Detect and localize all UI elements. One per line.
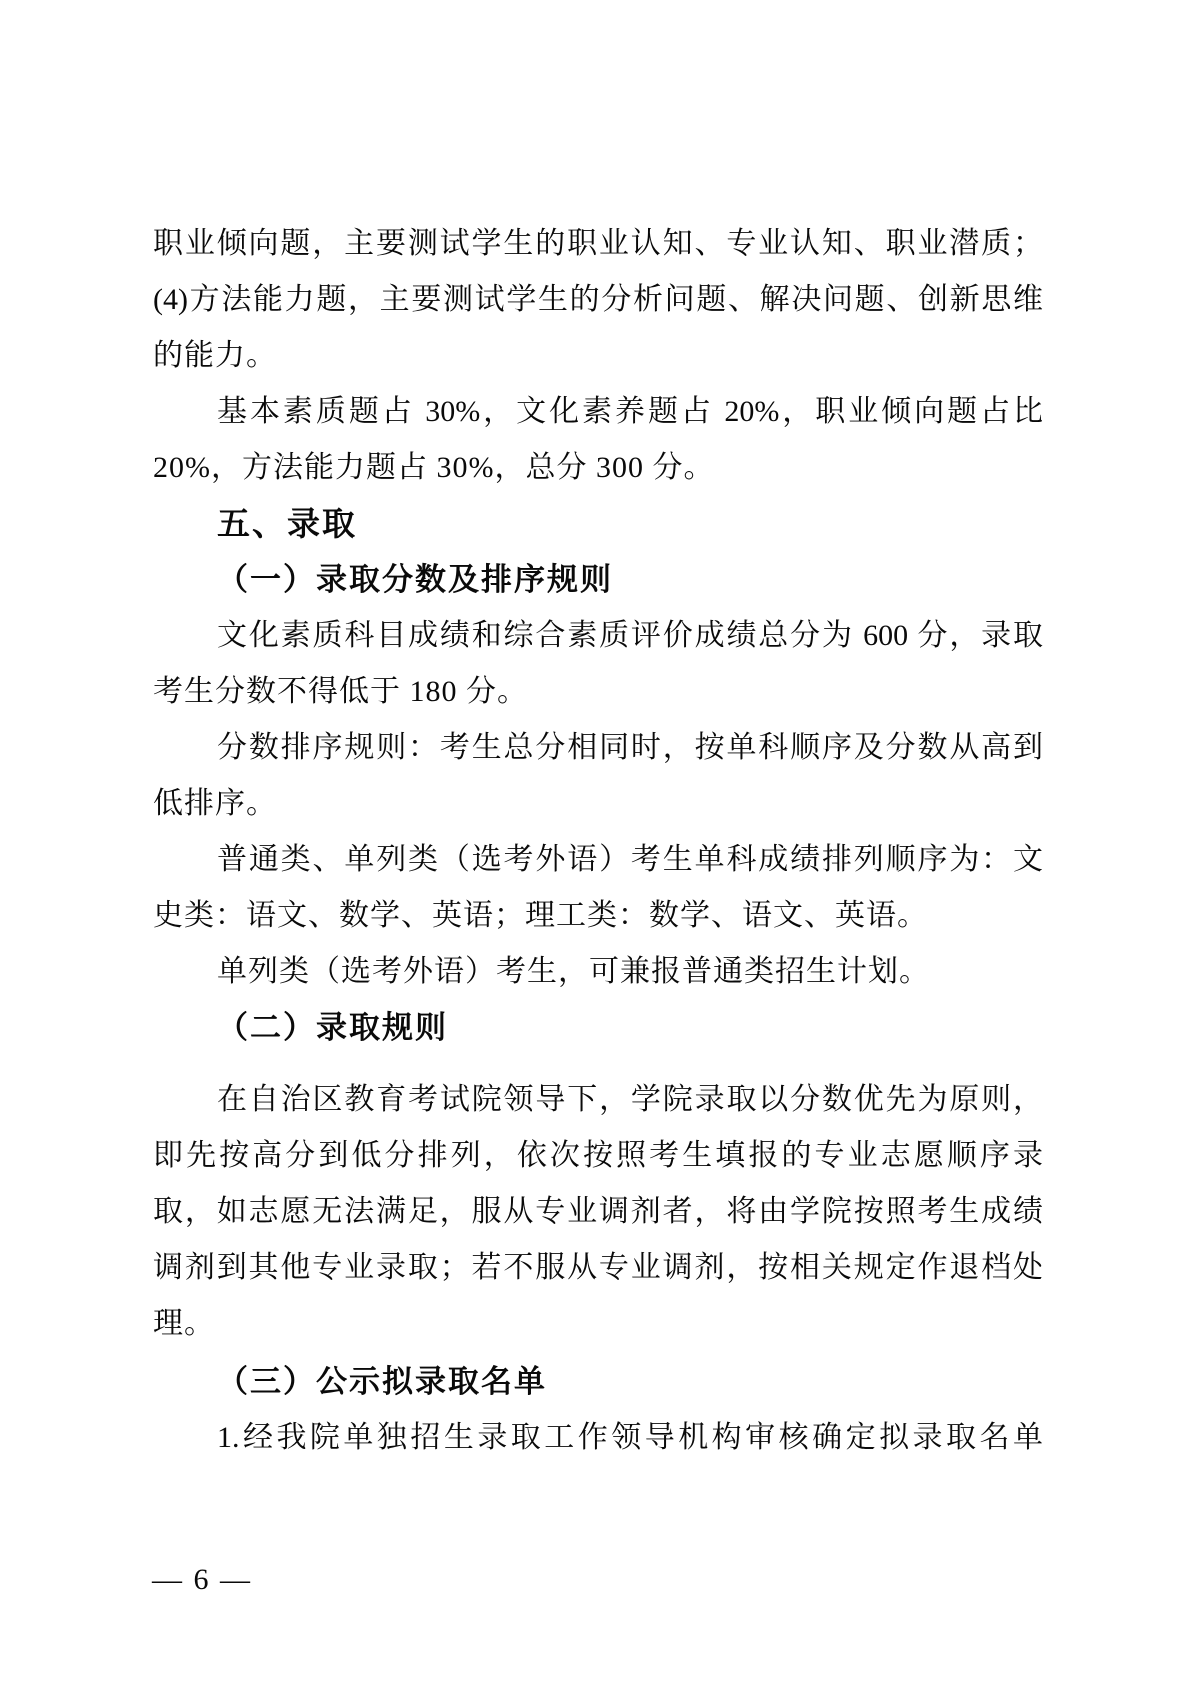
text-line: 即先按高分到低分排列，依次按照考生填报的专业志愿顺序录 xyxy=(153,1128,1043,1184)
heading-section-5-admission: 五、录取 xyxy=(153,496,1043,552)
text-line: 1.经我院单独招生录取工作领导机构审核确定拟录取名单 xyxy=(153,1410,1043,1466)
text-line: 史类：语文、数学、英语；理工类：数学、语文、英语。 xyxy=(153,888,1043,944)
text-line: 普通类、单列类（选考外语）考生单科成绩排列顺序为：文 xyxy=(153,832,1043,888)
heading-5-2-admission-rules: （二）录取规则 xyxy=(153,1000,1043,1056)
text-line: 低排序。 xyxy=(153,776,1043,832)
document-page: 职业倾向题，主要测试学生的职业认知、专业认知、职业潜质；(4)方法能力题，主要测… xyxy=(0,0,1191,1684)
para-ranking-rule: 分数排序规则：考生总分相同时，按单科顺序及分数从高到低排序。 xyxy=(153,720,1043,832)
heading-5-1-score-rules: （一）录取分数及排序规则 xyxy=(153,552,1043,608)
text-line: 文化素质科目成绩和综合素质评价成绩总分为 600 分，录取 xyxy=(153,608,1043,664)
text-line: 理。 xyxy=(153,1296,1043,1352)
footer-page-number: — 6 — xyxy=(152,1563,252,1596)
text-line: 在自治区教育考试院领导下，学院录取以分数优先为原则， xyxy=(153,1072,1043,1128)
para-interview-question-types: 职业倾向题，主要测试学生的职业认知、专业认知、职业潜质；(4)方法能力题，主要测… xyxy=(153,216,1043,384)
text-line: 职业倾向题，主要测试学生的职业认知、专业认知、职业潜质； xyxy=(153,216,1043,272)
text-line: (4)方法能力题，主要测试学生的分析问题、解决问题、创新思维 xyxy=(153,272,1043,328)
para-subject-order: 普通类、单列类（选考外语）考生单科成绩排列顺序为：文史类：语文、数学、英语；理工… xyxy=(153,832,1043,944)
text-line: 五、录取 xyxy=(153,496,1043,552)
text-line: 的能力。 xyxy=(153,328,1043,384)
para-admission-principle: 在自治区教育考试院领导下，学院录取以分数优先为原则，即先按高分到低分排列，依次按… xyxy=(153,1072,1043,1352)
text-line: 调剂到其他专业录取；若不服从专业调剂，按相关规定作退档处 xyxy=(153,1240,1043,1296)
heading-5-3-publicity-list: （三）公示拟录取名单 xyxy=(153,1354,1043,1410)
text-line: 单列类（选考外语）考生，可兼报普通类招生计划。 xyxy=(153,944,1043,1000)
text-line: 取，如志愿无法满足，服从专业调剂者，将由学院按照考生成绩 xyxy=(153,1184,1043,1240)
text-line: 20%，方法能力题占 30%，总分 300 分。 xyxy=(153,440,1043,496)
para-proposed-list: 1.经我院单独招生录取工作领导机构审核确定拟录取名单 xyxy=(153,1410,1043,1466)
text-line: （二）录取规则 xyxy=(153,1000,1043,1056)
text-line: （一）录取分数及排序规则 xyxy=(153,552,1043,608)
page-footer: — 6 — xyxy=(152,1560,252,1600)
text-line: 分数排序规则：考生总分相同时，按单科顺序及分数从高到 xyxy=(153,720,1043,776)
text-content: 职业倾向题，主要测试学生的职业认知、专业认知、职业潜质；(4)方法能力题，主要测… xyxy=(153,216,1043,1466)
para-score-weights: 基本素质题占 30%，文化素养题占 20%，职业倾向题占比20%，方法能力题占 … xyxy=(153,384,1043,496)
text-line: （三）公示拟录取名单 xyxy=(153,1354,1043,1410)
para-danlielei: 单列类（选考外语）考生，可兼报普通类招生计划。 xyxy=(153,944,1043,1000)
para-total-score: 文化素质科目成绩和综合素质评价成绩总分为 600 分，录取考生分数不得低于 18… xyxy=(153,608,1043,720)
text-line: 考生分数不得低于 180 分。 xyxy=(153,664,1043,720)
text-line: 基本素质题占 30%，文化素养题占 20%，职业倾向题占比 xyxy=(153,384,1043,440)
